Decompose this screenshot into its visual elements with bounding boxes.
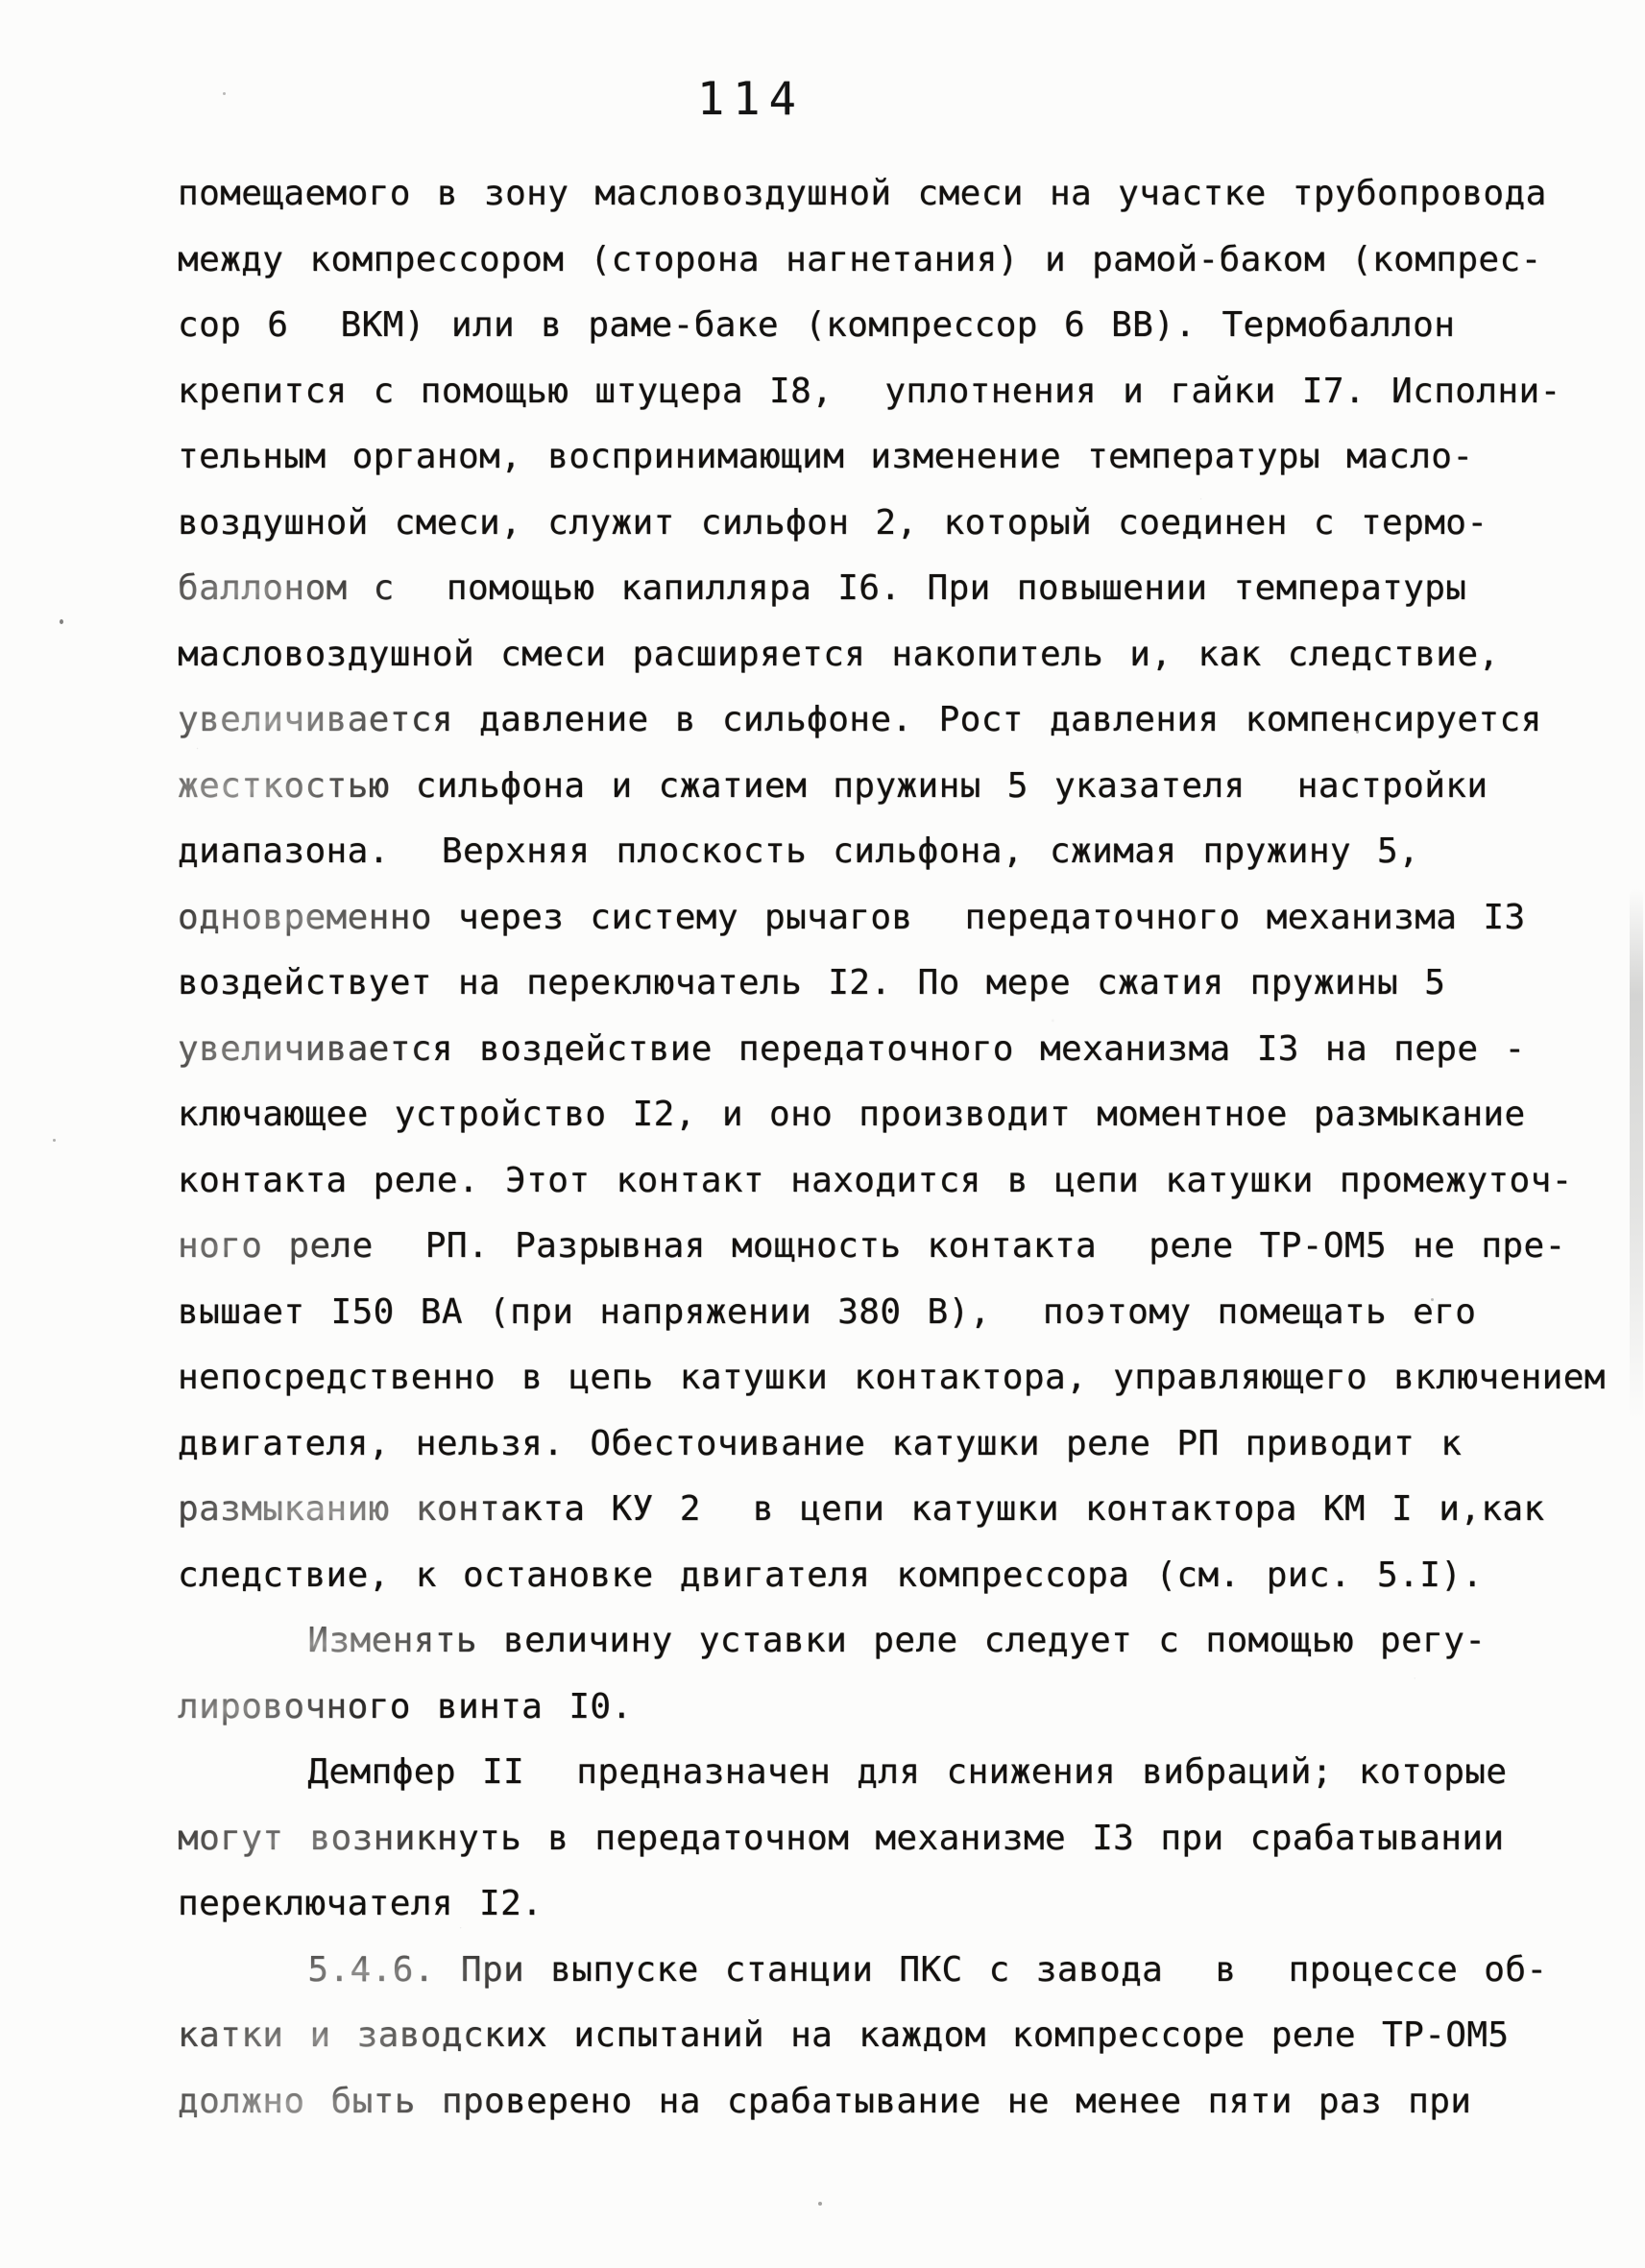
text-line: непосредственно в цепь катушки контактор…	[178, 1345, 1613, 1411]
text-line: ключающее устройство I2, и оно производи…	[178, 1082, 1613, 1148]
text-line: баллоном с помощью капилляра I6. При пов…	[178, 556, 1613, 622]
text-line: катки и заводских испытаний на каждом ко…	[178, 2003, 1613, 2069]
text-line: размыканию контакта КУ 2 в цепи катушки …	[178, 1477, 1613, 1543]
text-line: воздействует на переключатель I2. По мер…	[178, 951, 1613, 1017]
body-text: помещаемого в зону масловоздушной смеси …	[178, 161, 1613, 2135]
text-line: двигателя, нельзя. Обесточивание катушки…	[178, 1411, 1613, 1478]
text-line: масловоздушной смеси расширяется накопит…	[178, 622, 1613, 688]
scan-speck-artifact	[53, 1139, 56, 1142]
text-line: воздушной смеси, служит сильфон 2, котор…	[178, 491, 1613, 557]
text-line: могут возникнуть в передаточном механизм…	[178, 1806, 1613, 1872]
text-line: между компрессором (сторона нагнетания) …	[178, 228, 1613, 294]
text-line: Изменять величину уставки реле следует с…	[178, 1608, 1613, 1675]
text-line: переключателя I2.	[178, 1871, 1613, 1938]
text-line: вышает I50 ВА (при напряжении 380 В), по…	[178, 1280, 1613, 1346]
text-line: крепится с помощью штуцера I8, уплотнени…	[178, 359, 1613, 425]
text-line: диапазона. Верхняя плоскость сильфона, с…	[178, 819, 1613, 885]
scan-speck-artifact	[1431, 1298, 1434, 1301]
text-line: Демпфер II предназначен для снижения виб…	[178, 1740, 1613, 1806]
text-line: ного реле РП. Разрывная мощность контакт…	[178, 1214, 1613, 1280]
text-line: контакта реле. Этот контакт находится в …	[178, 1148, 1613, 1215]
scan-speck-artifact	[1356, 730, 1359, 734]
text-line: жесткостью сильфона и сжатием пружины 5 …	[178, 754, 1613, 820]
text-line: должно быть проверено на срабатывание не…	[178, 2069, 1613, 2135]
text-line: одновременно через систему рычагов перед…	[178, 885, 1613, 952]
text-line: увеличивается воздействие передаточного …	[178, 1017, 1613, 1083]
document-page: 114 помещаемого в зону масловоздушной см…	[0, 0, 1645, 2268]
text-line: лировочного винта I0.	[178, 1675, 1613, 1741]
scan-speck-artifact	[60, 619, 63, 624]
scan-speck-artifact	[818, 2202, 822, 2206]
scan-speck-artifact	[223, 92, 226, 95]
text-line: помещаемого в зону масловоздушной смеси …	[178, 161, 1613, 228]
text-line: следствие, к остановке двигателя компрес…	[178, 1543, 1613, 1609]
text-line: 5.4.6. При выпуске станции ПКС с завода …	[178, 1938, 1613, 2004]
page-number: 114	[697, 73, 805, 126]
text-line: увеличивается давление в сильфоне. Рост …	[178, 688, 1613, 754]
scan-smudge-artifact	[1630, 888, 1643, 1421]
text-line: тельным органом, воспринимающим изменени…	[178, 424, 1613, 491]
text-line: сор 6 ВКМ) или в раме-баке (компрессор 6…	[178, 293, 1613, 359]
